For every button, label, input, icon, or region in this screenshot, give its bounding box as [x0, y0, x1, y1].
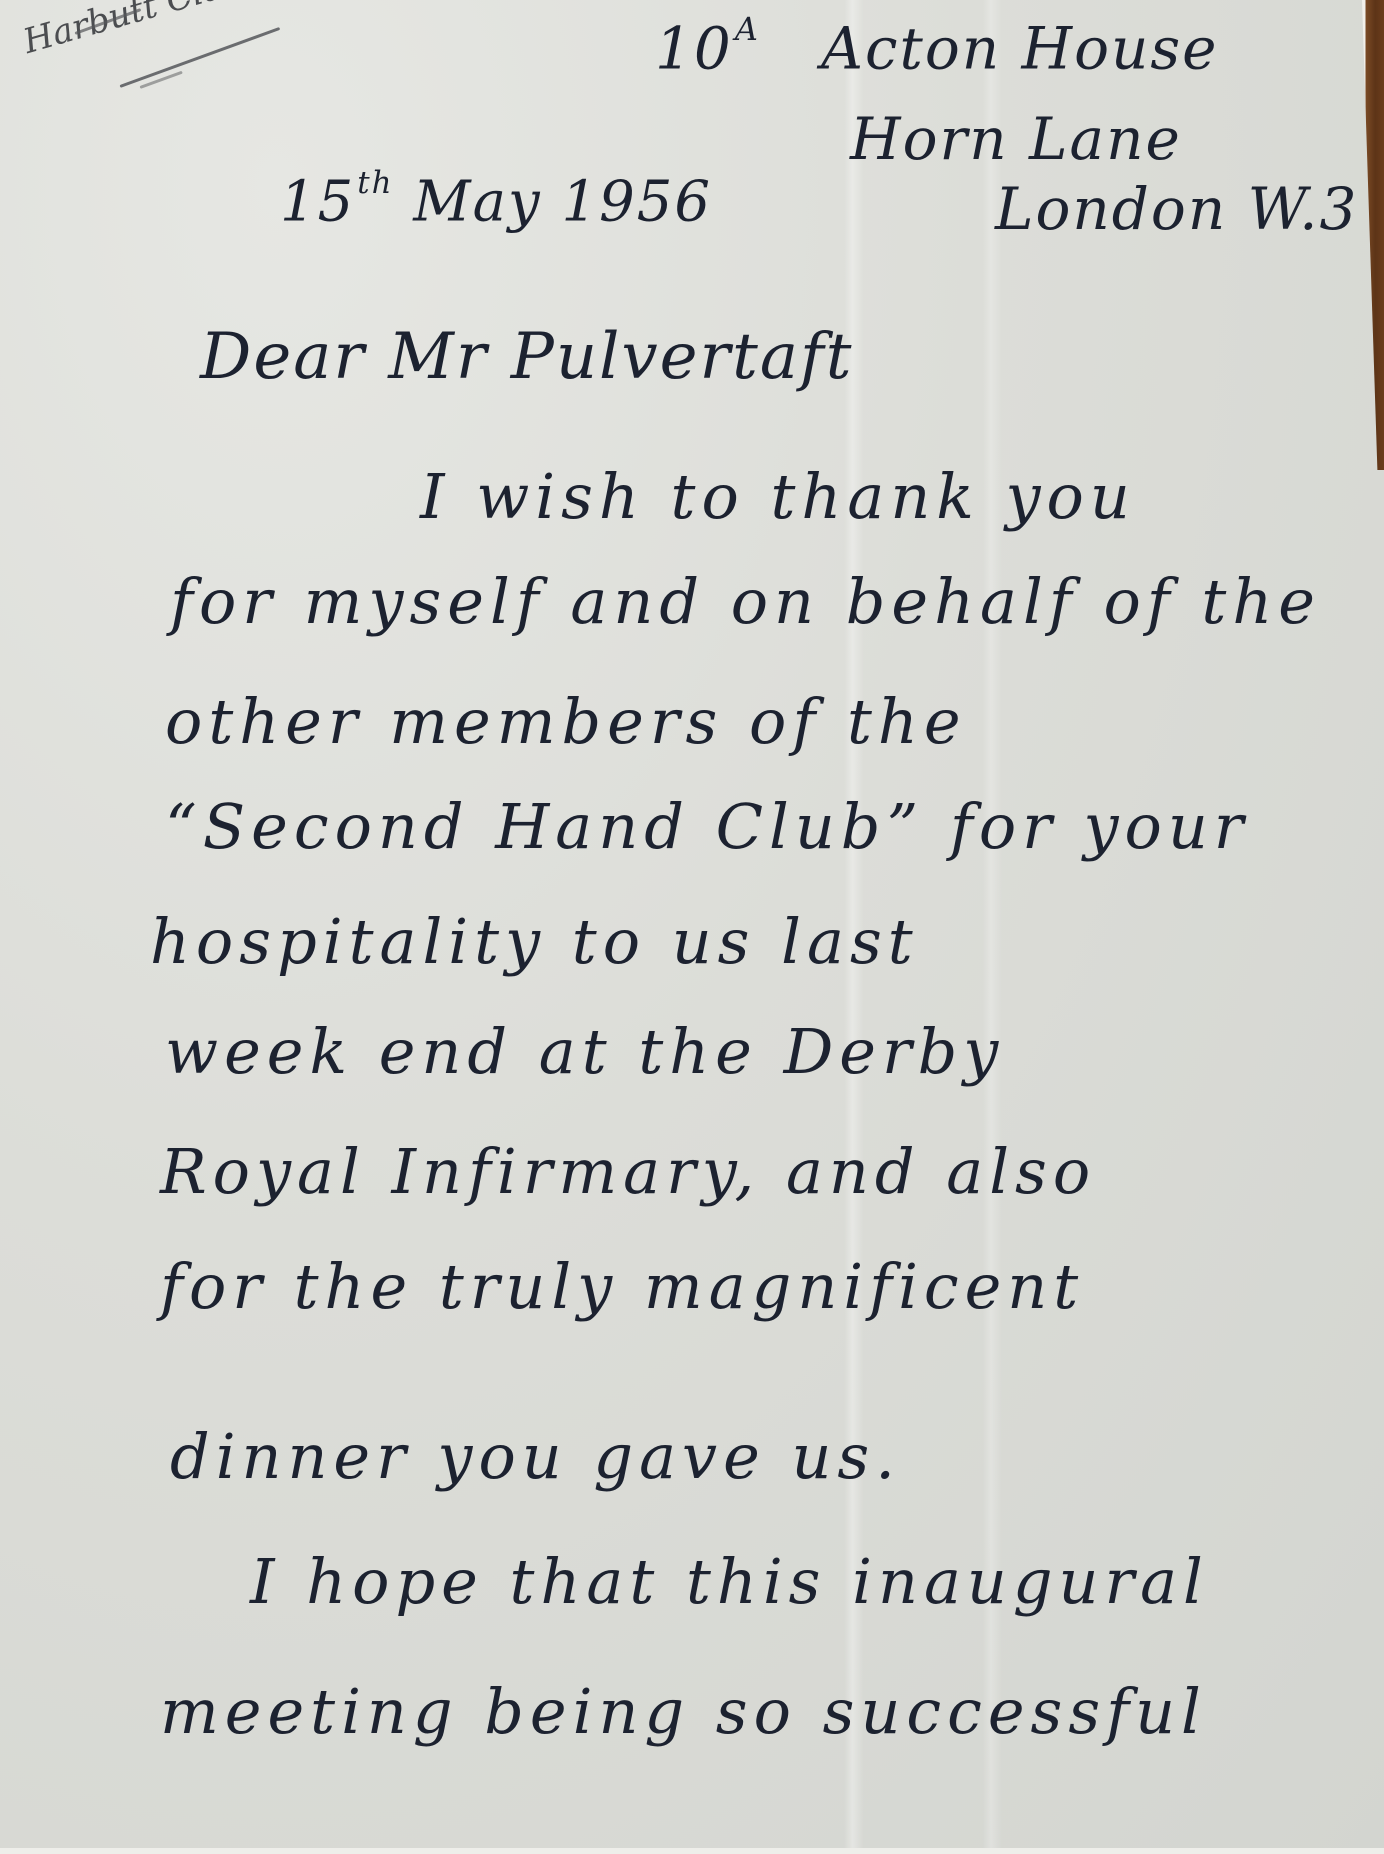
- address-building: Acton House: [821, 15, 1218, 83]
- paper-bottom-edge: [0, 1848, 1384, 1854]
- address-number: 10: [655, 15, 733, 83]
- letter-date: 15th May 1956: [280, 165, 712, 235]
- address-line-1: 10A Acton House: [655, 10, 1219, 83]
- body-line: I wish to thank you: [420, 460, 1136, 533]
- address-line-2: Horn Lane: [850, 105, 1182, 173]
- salutation: Dear Mr Pulvertaft: [200, 320, 853, 394]
- body-line: meeting being so successful: [160, 1675, 1207, 1748]
- body-line: week end at the Derby: [165, 1015, 1004, 1088]
- body-line: Royal Infirmary, and also: [160, 1135, 1096, 1208]
- body-line: hospitality to us last: [150, 905, 919, 978]
- body-line: for the truly magnificent: [160, 1250, 1084, 1323]
- date-day-suffix: th: [357, 165, 393, 201]
- body-line: other members of the: [165, 685, 967, 758]
- date-day: 15: [280, 170, 355, 235]
- body-line: I hope that this inaugural: [250, 1545, 1209, 1618]
- body-line: for myself and on behalf of the: [170, 565, 1321, 638]
- address-number-superscript: A: [735, 10, 760, 48]
- body-line: dinner you gave us.: [170, 1420, 901, 1493]
- address-line-3: London W.3: [995, 175, 1358, 243]
- date-month-year: May 1956: [413, 170, 712, 235]
- body-line: “Second Hand Club” for your: [165, 790, 1249, 863]
